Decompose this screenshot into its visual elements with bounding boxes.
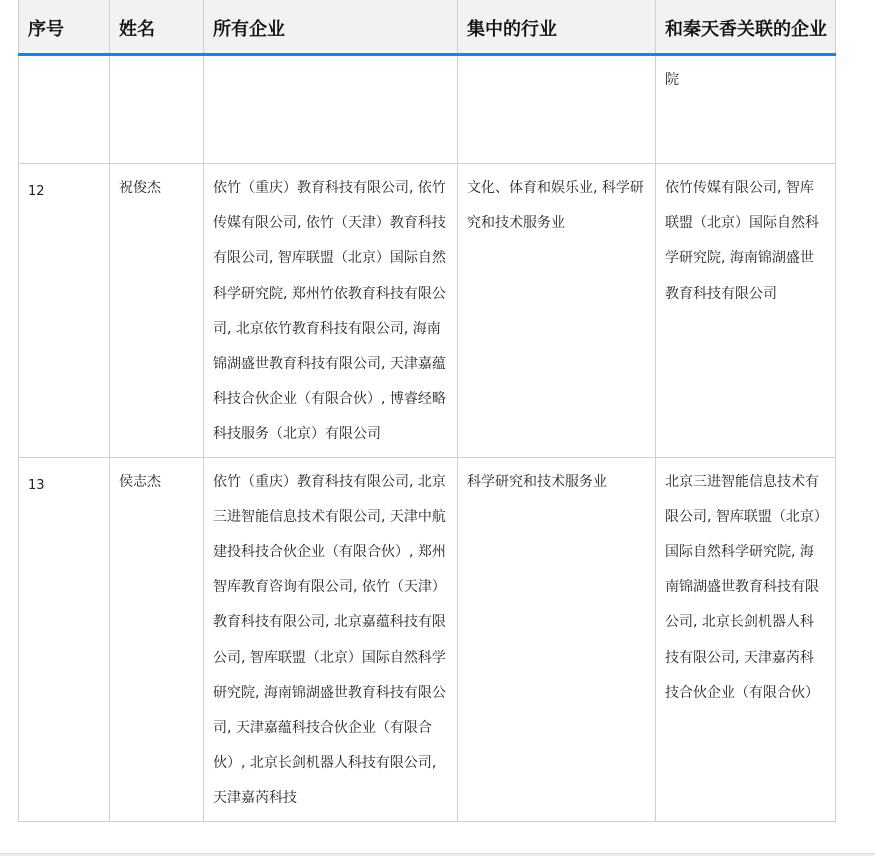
header-name: 姓名 xyxy=(110,0,204,55)
cell-related-companies: 北京三进智能信息技术有限公司, 智库联盟（北京）国际自然科学研究院, 海南锦湖盛… xyxy=(656,457,836,821)
header-related-companies: 和秦天香关联的企业 xyxy=(656,0,836,55)
cell-index: 12 xyxy=(19,164,110,458)
table-body: 院 12 祝俊杰 依竹（重庆）教育科技有限公司, 依竹传媒有限公司, 依竹（天津… xyxy=(19,55,836,822)
cell-index: 13 xyxy=(19,457,110,821)
cell-all-companies: 依竹（重庆）教育科技有限公司, 北京三进智能信息技术有限公司, 天津中航建投科技… xyxy=(204,457,458,821)
cell-index xyxy=(19,55,110,164)
cell-name: 侯志杰 xyxy=(110,457,204,821)
cell-industries: 科学研究和技术服务业 xyxy=(458,457,656,821)
header-industries: 集中的行业 xyxy=(458,0,656,55)
table-row: 12 祝俊杰 依竹（重庆）教育科技有限公司, 依竹传媒有限公司, 依竹（天津）教… xyxy=(19,164,836,458)
enterprise-table: 序号 姓名 所有企业 集中的行业 和秦天香关联的企业 院 12 祝俊杰 依竹（重… xyxy=(18,0,836,822)
cell-name xyxy=(110,55,204,164)
cell-name: 祝俊杰 xyxy=(110,164,204,458)
enterprise-table-container: 序号 姓名 所有企业 集中的行业 和秦天香关联的企业 院 12 祝俊杰 依竹（重… xyxy=(18,0,835,822)
table-row: 院 xyxy=(19,55,836,164)
table-header: 序号 姓名 所有企业 集中的行业 和秦天香关联的企业 xyxy=(19,0,836,55)
header-row: 序号 姓名 所有企业 集中的行业 和秦天香关联的企业 xyxy=(19,0,836,55)
header-all-companies: 所有企业 xyxy=(204,0,458,55)
header-index: 序号 xyxy=(19,0,110,55)
cell-all-companies: 依竹（重庆）教育科技有限公司, 依竹传媒有限公司, 依竹（天津）教育科技有限公司… xyxy=(204,164,458,458)
table-row: 13 侯志杰 依竹（重庆）教育科技有限公司, 北京三进智能信息技术有限公司, 天… xyxy=(19,457,836,821)
cell-all-companies xyxy=(204,55,458,164)
cell-related-companies: 依竹传媒有限公司, 智库联盟（北京）国际自然科学研究院, 海南锦湖盛世教育科技有… xyxy=(656,164,836,458)
cell-related-companies: 院 xyxy=(656,55,836,164)
cell-industries: 文化、体育和娱乐业, 科学研究和技术服务业 xyxy=(458,164,656,458)
cell-industries xyxy=(458,55,656,164)
